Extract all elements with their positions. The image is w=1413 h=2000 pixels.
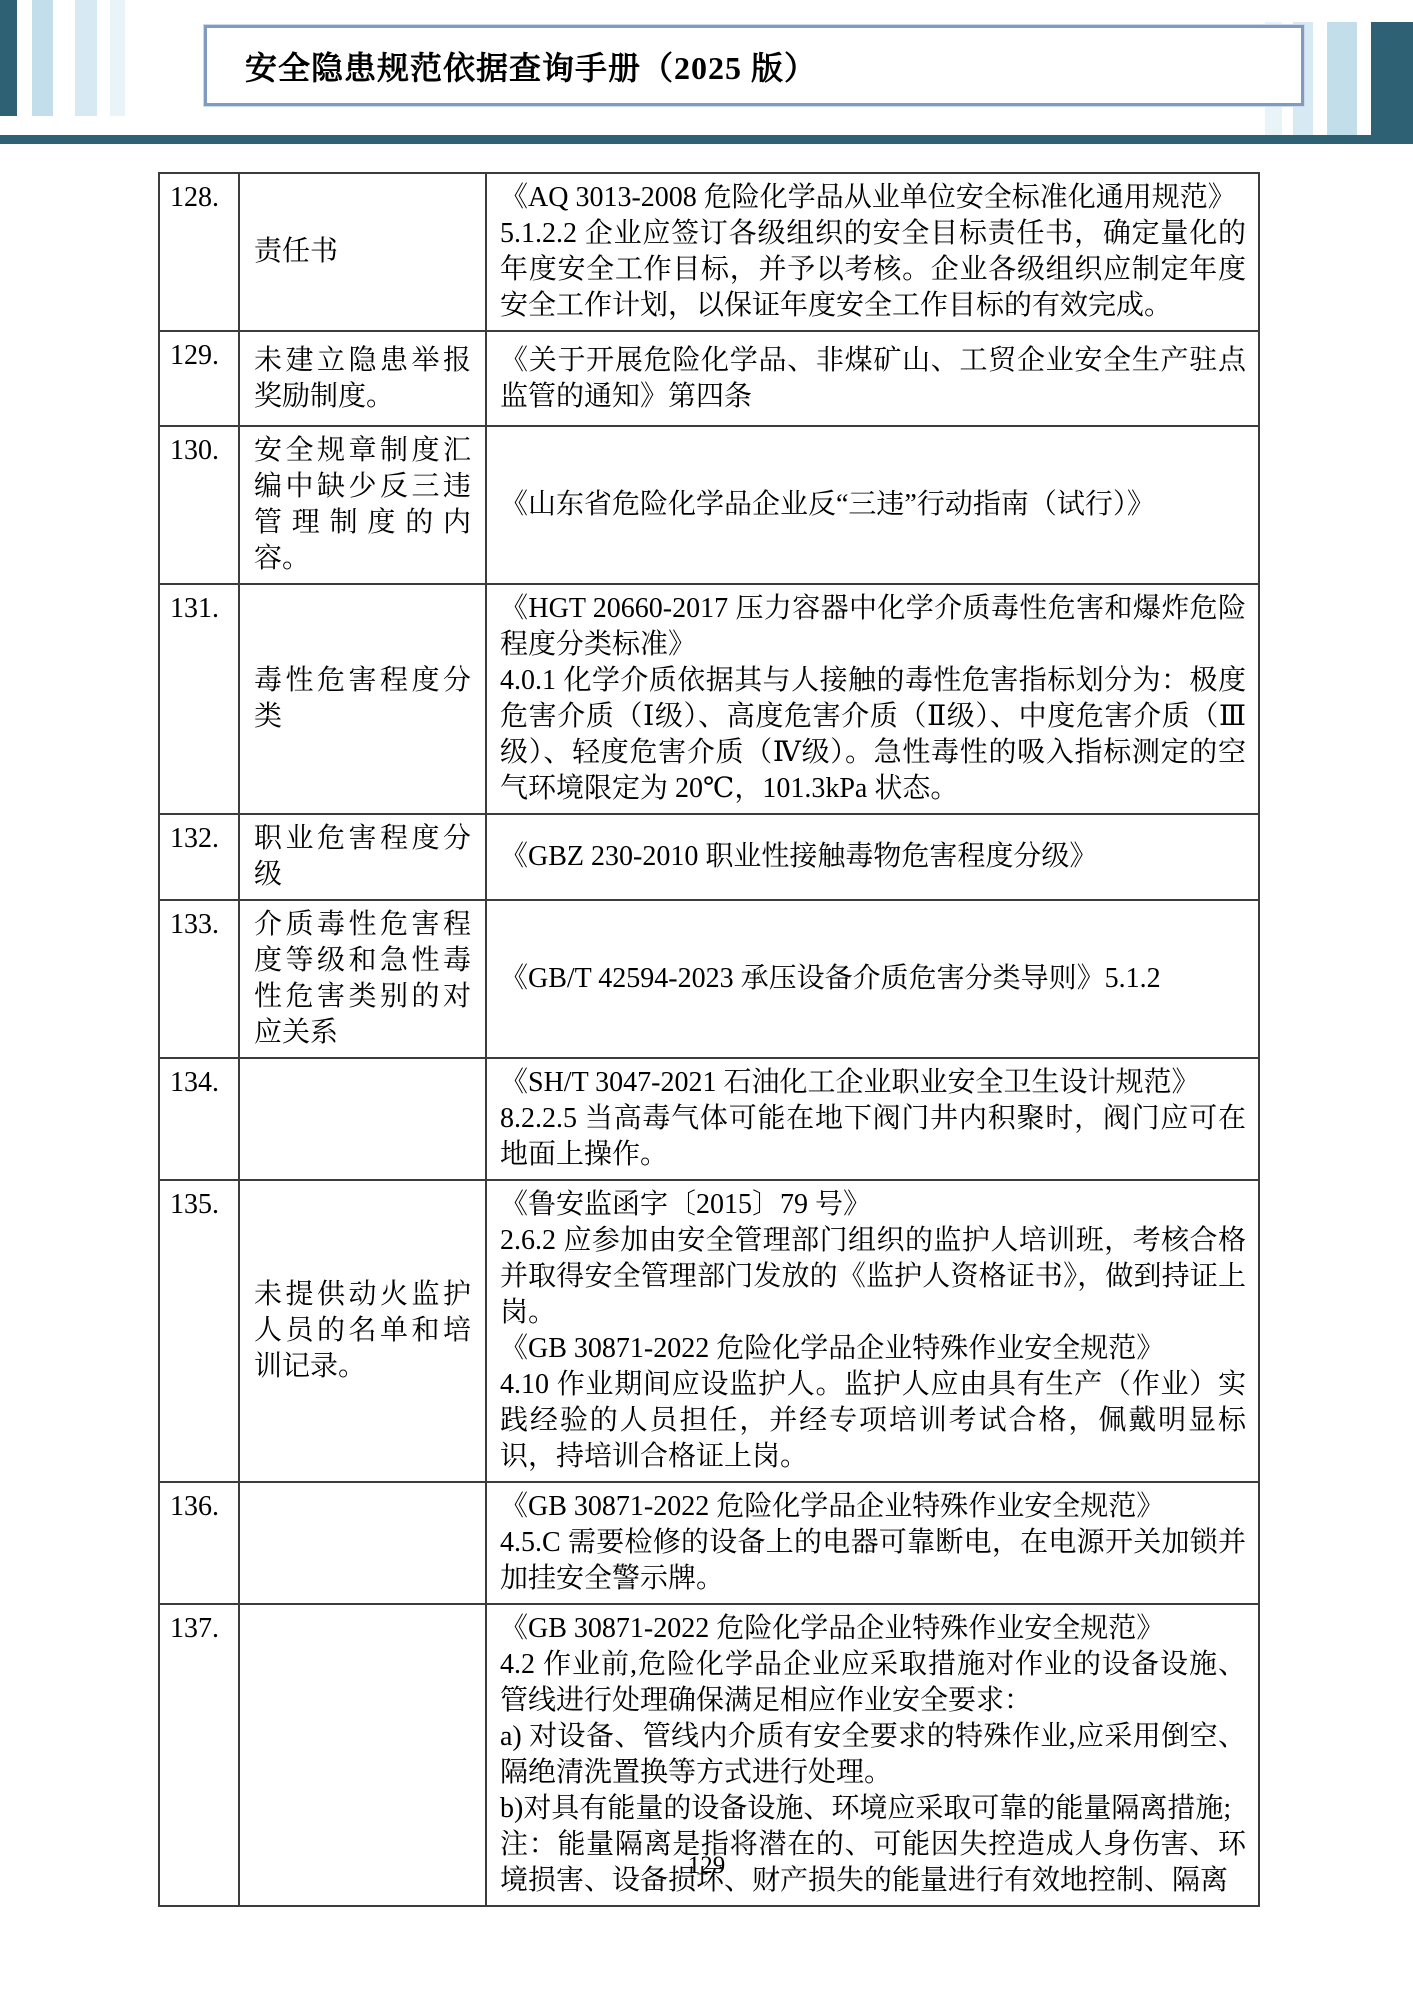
row-category — [239, 1058, 486, 1180]
table-row: 128. 责任书 《AQ 3013-2008 危险化学品从业单位安全标准化通用规… — [159, 173, 1259, 331]
row-content: 《关于开展危险化学品、非煤矿山、工贸企业安全生产驻点监管的通知》第四条 — [486, 331, 1259, 426]
content-paragraph: 《鲁安监函字〔2015〕79 号》 — [500, 1187, 1246, 1223]
content-paragraph: 《GBZ 230-2010 职业性接触毒物危害程度分级》 — [500, 839, 1246, 875]
content-paragraph: 《AQ 3013-2008 危险化学品从业单位安全标准化通用规范》 — [500, 180, 1246, 216]
header-bar-light-left-3 — [110, 0, 125, 116]
row-content: 《SH/T 3047-2021 石油化工企业职业安全卫生设计规范》8.2.2.5… — [486, 1058, 1259, 1180]
content-paragraph: 《HGT 20660-2017 压力容器中化学介质毒性危害和爆炸危险程度分类标准… — [500, 591, 1246, 663]
table-row: 136. 《GB 30871-2022 危险化学品企业特殊作业安全规范》4.5.… — [159, 1482, 1259, 1604]
row-content: 《山东省危险化学品企业反“三违”行动指南（试行）》 — [486, 426, 1259, 584]
table-row: 129. 未建立隐患举报奖励制度。 《关于开展危险化学品、非煤矿山、工贸企业安全… — [159, 331, 1259, 426]
content-paragraph: 《GB/T 42594-2023 承压设备介质危害分类导则》5.1.2 — [500, 961, 1246, 997]
content-paragraph: 4.5.C 需要检修的设备上的电器可靠断电，在电源开关加锁并加挂安全警示牌。 — [500, 1525, 1246, 1597]
content-paragraph: 4.2 作业前,危险化学品企业应采取措施对作业的设备设施、管线进行处理确保满足相… — [500, 1647, 1246, 1719]
header-rule — [0, 135, 1413, 144]
regulation-table: 128. 责任书 《AQ 3013-2008 危险化学品从业单位安全标准化通用规… — [158, 172, 1260, 1907]
row-number: 136. — [159, 1482, 239, 1604]
row-category: 未建立隐患举报奖励制度。 — [239, 331, 486, 426]
header-bar-light-right-1 — [1327, 22, 1357, 135]
header-bar-dark-right — [1371, 22, 1413, 144]
row-number: 133. — [159, 900, 239, 1058]
row-category — [239, 1482, 486, 1604]
content-paragraph: 4.0.1 化学介质依据其与人接触的毒性危害指标划分为：极度危害介质（Ⅰ级）、高… — [500, 663, 1246, 807]
row-category — [239, 1604, 486, 1906]
content-paragraph: 注：能量隔离是指将潜在的、可能因失控造成人身伤害、环境损害、设备损坏、财产损失的… — [500, 1827, 1246, 1899]
row-content: 《GB 30871-2022 危险化学品企业特殊作业安全规范》4.5.C 需要检… — [486, 1482, 1259, 1604]
content-paragraph: 5.1.2.2 企业应签订各级组织的安全目标责任书，确定量化的年度安全工作目标，… — [500, 216, 1246, 324]
table-row: 137. 《GB 30871-2022 危险化学品企业特殊作业安全规范》4.2 … — [159, 1604, 1259, 1906]
table-row: 134. 《SH/T 3047-2021 石油化工企业职业安全卫生设计规范》8.… — [159, 1058, 1259, 1180]
row-content: 《AQ 3013-2008 危险化学品从业单位安全标准化通用规范》5.1.2.2… — [486, 173, 1259, 331]
content-paragraph: 《GB 30871-2022 危险化学品企业特殊作业安全规范》 — [500, 1489, 1246, 1525]
content-paragraph: 《关于开展危险化学品、非煤矿山、工贸企业安全生产驻点监管的通知》第四条 — [500, 343, 1246, 415]
row-number: 129. — [159, 331, 239, 426]
row-content: 《鲁安监函字〔2015〕79 号》2.6.2 应参加由安全管理部门组织的监护人培… — [486, 1180, 1259, 1482]
table-row: 130. 安全规章制度汇编中缺少反三违管理制度的内容。 《山东省危险化学品企业反… — [159, 426, 1259, 584]
header-bar-light-left-1 — [32, 0, 53, 116]
content-paragraph: 《GB 30871-2022 危险化学品企业特殊作业安全规范》 — [500, 1331, 1246, 1367]
row-content: 《HGT 20660-2017 压力容器中化学介质毒性危害和爆炸危险程度分类标准… — [486, 584, 1259, 814]
title-box: 安全隐患规范依据查询手册（2025 版） — [204, 25, 1304, 106]
regulation-table-body: 128. 责任书 《AQ 3013-2008 危险化学品从业单位安全标准化通用规… — [159, 173, 1259, 1906]
row-category: 毒性危害程度分类 — [239, 584, 486, 814]
table-row: 135. 未提供动火监护人员的名单和培训记录。 《鲁安监函字〔2015〕79 号… — [159, 1180, 1259, 1482]
row-number: 131. — [159, 584, 239, 814]
row-category: 未提供动火监护人员的名单和培训记录。 — [239, 1180, 486, 1482]
row-number: 134. — [159, 1058, 239, 1180]
content-paragraph: 《SH/T 3047-2021 石油化工企业职业安全卫生设计规范》 — [500, 1065, 1246, 1101]
row-content: 《GB/T 42594-2023 承压设备介质危害分类导则》5.1.2 — [486, 900, 1259, 1058]
content-paragraph: 《GB 30871-2022 危险化学品企业特殊作业安全规范》 — [500, 1611, 1246, 1647]
document-page: { "header": { "title": "安全隐患规范依据查询手册（202… — [0, 0, 1413, 2000]
row-category: 安全规章制度汇编中缺少反三违管理制度的内容。 — [239, 426, 486, 584]
row-number: 135. — [159, 1180, 239, 1482]
page-title: 安全隐患规范依据查询手册（2025 版） — [207, 43, 817, 89]
content-paragraph: 4.10 作业期间应设监护人。监护人应由具有生产（作业）实践经验的人员担任，并经… — [500, 1367, 1246, 1475]
row-number: 128. — [159, 173, 239, 331]
content-paragraph: a) 对设备、管线内介质有安全要求的特殊作业,应采用倒空、隔绝清洗置换等方式进行… — [500, 1719, 1246, 1791]
table-row: 131. 毒性危害程度分类 《HGT 20660-2017 压力容器中化学介质毒… — [159, 584, 1259, 814]
table-row: 133. 介质毒性危害程度等级和急性毒性危害类别的对应关系 《GB/T 4259… — [159, 900, 1259, 1058]
row-number: 130. — [159, 426, 239, 584]
row-category: 介质毒性危害程度等级和急性毒性危害类别的对应关系 — [239, 900, 486, 1058]
row-number: 132. — [159, 814, 239, 900]
content-paragraph: 《山东省危险化学品企业反“三违”行动指南（试行）》 — [500, 487, 1246, 523]
content-paragraph: 2.6.2 应参加由安全管理部门组织的监护人培训班，考核合格并取得安全管理部门发… — [500, 1223, 1246, 1331]
table-row: 132. 职业危害程度分级 《GBZ 230-2010 职业性接触毒物危害程度分… — [159, 814, 1259, 900]
content-paragraph: b)对具有能量的设备设施、环境应采取可靠的能量隔离措施; — [500, 1791, 1246, 1827]
row-number: 137. — [159, 1604, 239, 1906]
row-category: 职业危害程度分级 — [239, 814, 486, 900]
content-paragraph: 8.2.2.5 当高毒气体可能在地下阀门井内积聚时，阀门应可在地面上操作。 — [500, 1101, 1246, 1173]
header-bar-light-left-2 — [75, 0, 97, 116]
row-content: 《GBZ 230-2010 职业性接触毒物危害程度分级》 — [486, 814, 1259, 900]
header-bar-dark-left — [0, 0, 17, 116]
row-content: 《GB 30871-2022 危险化学品企业特殊作业安全规范》4.2 作业前,危… — [486, 1604, 1259, 1906]
row-category: 责任书 — [239, 173, 486, 331]
